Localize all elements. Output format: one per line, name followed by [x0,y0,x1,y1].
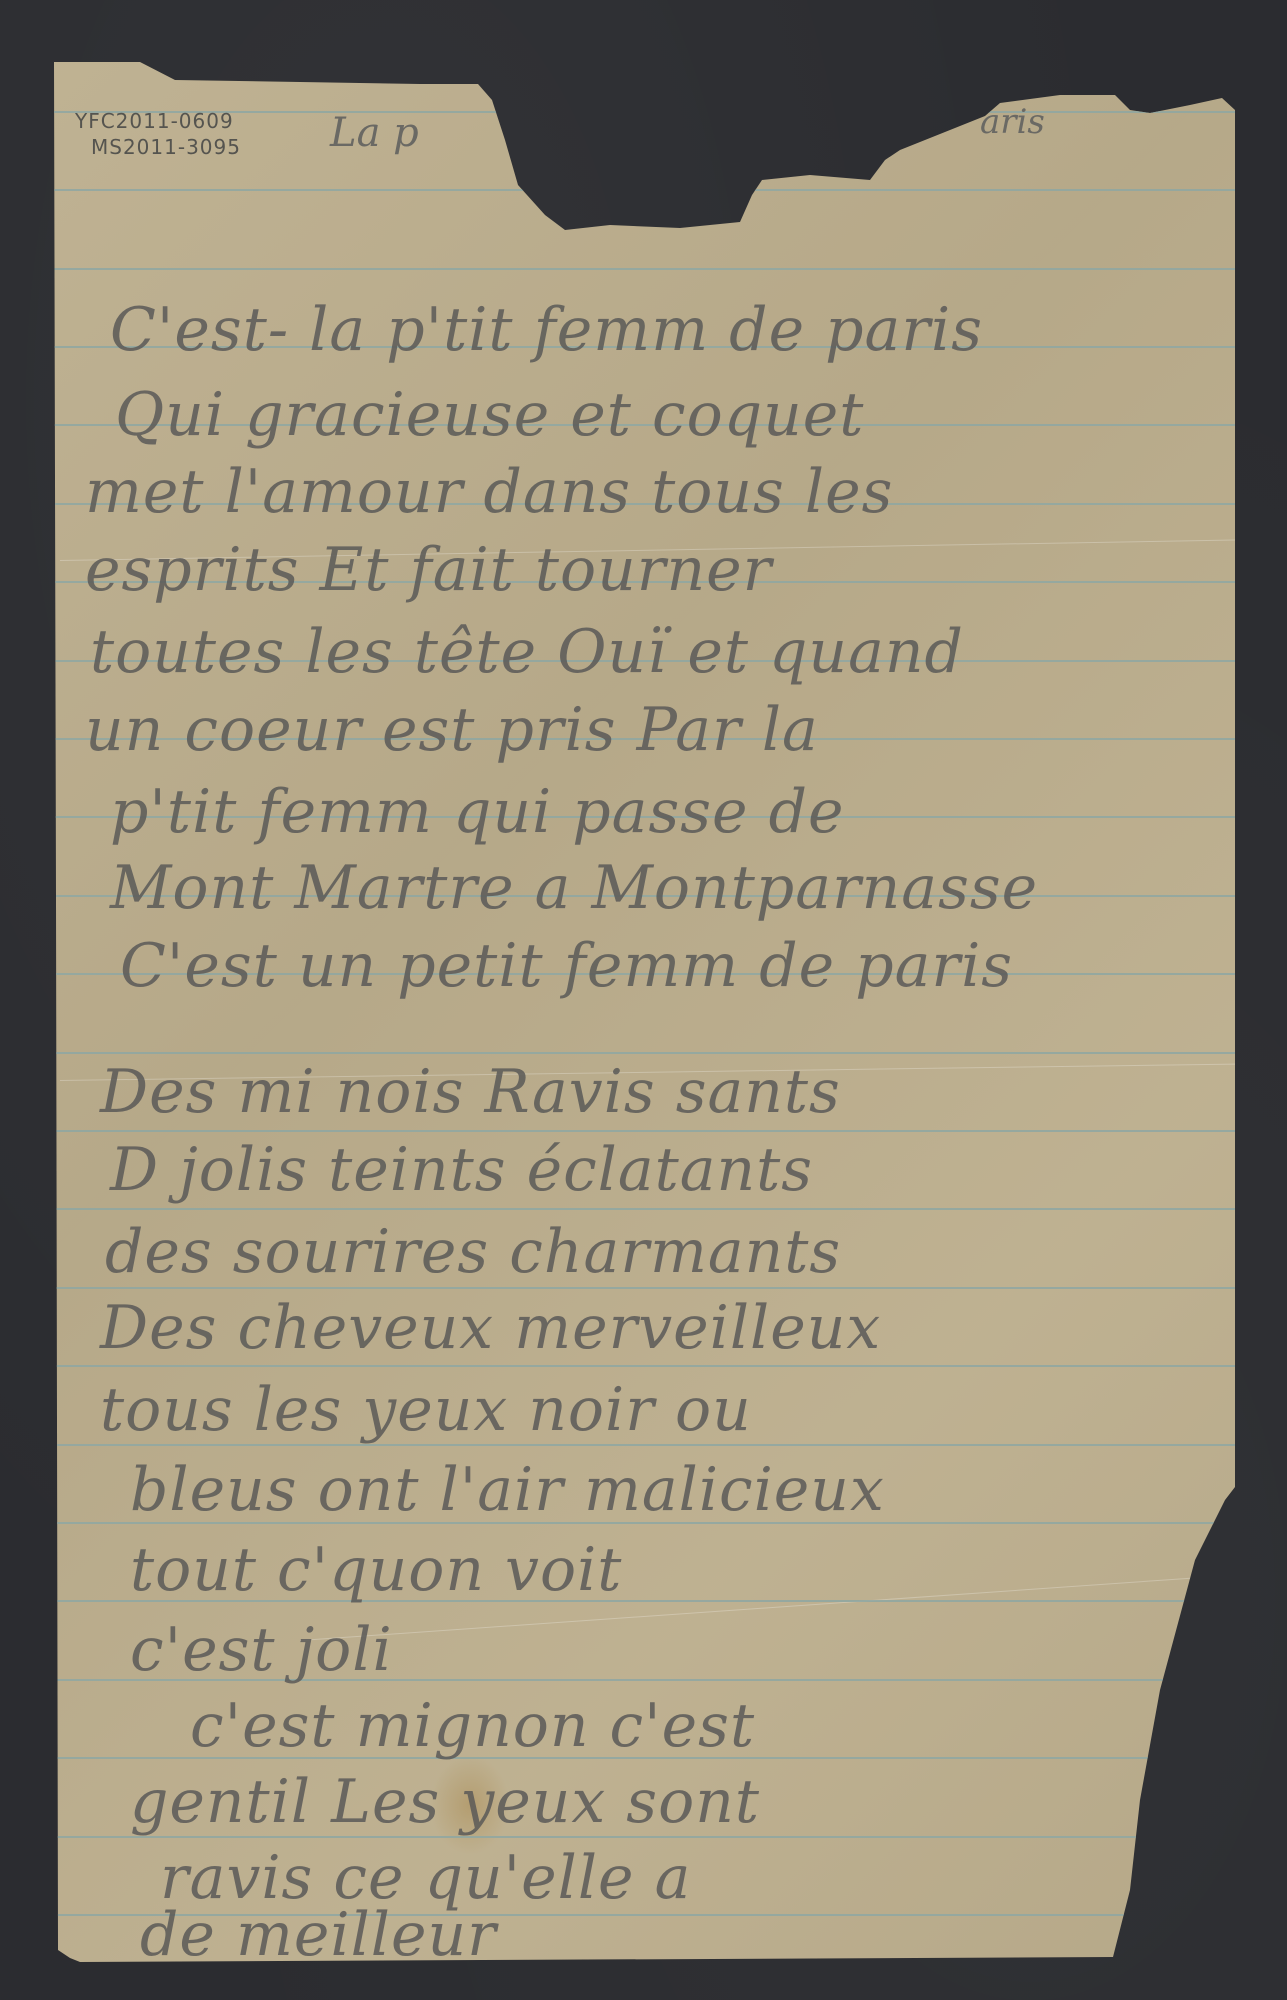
lyric-line: bleus ont l'air malicieux [130,1460,885,1520]
lyric-line: c'est mignon c'est [190,1696,755,1756]
catalog-numbers: YFC2011-0609 MS2011-3095 [75,108,241,160]
lyric-line: de meilleur [140,1905,497,1965]
lyric-line: Mont Martre a Montparnasse [110,858,1038,918]
ruled-line [0,268,1287,270]
lyric-line: tout c'quon voit [130,1540,622,1600]
lyric-line: tous les yeux noir ou [100,1380,752,1440]
lyric-line: c'est joli [130,1620,393,1680]
catalog-number-ms: MS2011-3095 [91,134,241,160]
lyric-line: met l'amour dans tous les [85,462,893,522]
ruled-line [0,1052,1287,1054]
ruled-line [0,1287,1287,1289]
lined-paper-sheet: YFC2011-0609 MS2011-3095 La p aris C'est… [0,0,1287,2000]
lyric-line: p'tit femm qui passe de [110,782,845,842]
catalog-number-yfc: YFC2011-0609 [75,108,241,134]
ruled-line [0,1365,1287,1367]
lyric-line: C'est un petit femm de paris [120,936,1013,996]
lyric-line: C'est- la p'tit femm de paris [110,300,983,360]
lyric-line: un coeur est pris Par la [85,700,819,760]
lyric-line: Qui gracieuse et coquet [115,385,864,445]
lyric-line: Des mi nois Ravis sants [100,1062,841,1122]
lyric-line: D jolis teints éclatants [110,1140,813,1200]
title-fragment-left: La p [330,110,419,156]
lyric-line: esprits Et fait tourner [85,540,772,600]
lyric-line: toutes les tête Ouï et quand [90,622,964,682]
ruled-line [0,1130,1287,1132]
ruled-line [0,1208,1287,1210]
lyric-line: ravis ce qu'elle a [160,1848,691,1908]
lyric-line: des sourires charmants [105,1222,841,1282]
lyric-line: gentil Les yeux sont [130,1772,760,1832]
lyric-line: Des cheveux merveilleux [100,1298,881,1358]
